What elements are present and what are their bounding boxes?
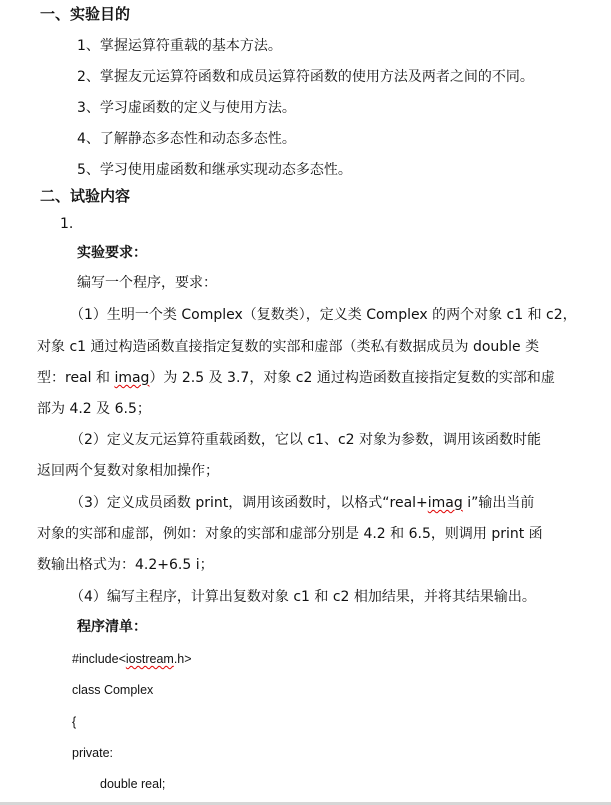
code-line-member: double real; [100,774,165,794]
requirement-1-line-1: （1）生明一个类 Complex（复数类），定义类 Complex 的两个对象 … [70,305,577,325]
item-number: 1. [60,214,73,234]
code-line-include: #include<iostream.h> [72,649,192,669]
requirement-1-line-2: 对象 c1 通过构造函数直接指定复数的实部和虚部（类私有数据成员为 double… [37,337,539,357]
objective-item-3: 3、学习虚函数的定义与使用方法。 [77,98,296,118]
requirement-4: （4）编写主程序，计算出复数对象 c1 和 c2 相加结果，并将其结果输出。 [70,587,536,607]
spellcheck-word-imag: imag [114,370,149,386]
spellcheck-word-iostream: iostream [126,652,174,666]
spellcheck-word-imag-2: imag [428,495,463,511]
requirement-3-line-1: （3）定义成员函数 print，调用该函数时，以格式“real+imag i”输… [70,493,534,513]
requirements-intro: 编写一个程序，要求： [77,273,217,293]
objective-item-1: 1、掌握运算符重载的基本方法。 [77,36,282,56]
requirement-2-line-1: （2）定义友元运算符重载函数，它以 c1、c2 对象为参数，调用该函数时能 [70,430,541,450]
code-line-class: class Complex [72,680,153,700]
requirements-heading: 实验要求： [77,243,147,263]
listing-heading: 程序清单： [77,617,147,637]
requirement-1-line-4: 部为 4.2 及 6.5； [37,399,151,419]
section-2-title: 二、试验内容 [40,186,130,206]
section-1-title: 一、实验目的 [40,4,130,24]
objective-item-2: 2、掌握友元运算符函数和成员运算符函数的使用方法及两者之间的不同。 [77,67,534,87]
objective-item-4: 4、了解静态多态性和动态多态性。 [77,129,296,149]
requirement-2-line-2: 返回两个复数对象相加操作； [37,461,219,481]
requirement-3-line-3: 数输出格式为：4.2+6.5 i； [37,555,214,575]
requirement-3-line-2: 对象的实部和虚部，例如：对象的实部和虚部分别是 4.2 和 6.5，则调用 pr… [37,524,543,544]
code-line-private: private: [72,743,113,763]
requirement-1-line-3: 型：real 和 imag）为 2.5 及 3.7，对象 c2 通过构造函数直接… [37,368,555,388]
objective-item-5: 5、学习使用虚函数和继承实现动态多态性。 [77,160,352,180]
code-line-brace: { [72,712,76,732]
